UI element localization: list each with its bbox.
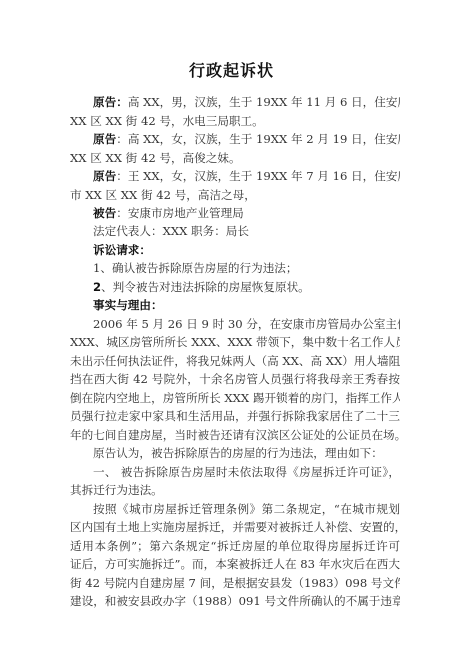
facts-line: 区内国有土地上实施房屋拆迁，并需要对被拆迁人补偿、安置的，: [70, 518, 400, 536]
plaintiff-2-line-2: XX 区 XX 街 42 号，高俊之妹。: [70, 149, 400, 167]
claim-number: 2: [93, 280, 101, 294]
plaintiff-2-line-1: 原告：高 XX，女，汉族，生于 19XX 年 2 月 19 日，住安康市: [93, 130, 400, 148]
facts-line: 按照《城市房屋拆迁管理条例》第二条规定，“在城市规划: [93, 500, 400, 518]
claim-text: 、确认被告拆除原告房屋的行为违法；: [100, 261, 297, 275]
plaintiff-1-line-2: XX 区 XX 街 42 号，水电三局职工。: [70, 112, 400, 130]
defendant-name: 安康市房地产业管理局: [128, 206, 244, 220]
claim-item-2: 2、判令被告对违法拆除的房屋恢复原状。: [93, 278, 400, 296]
plaintiff-1-line-1: 原告：高 XX，男，汉族，生于 19XX 年 11 月 6 日，住安康市: [93, 93, 400, 111]
label-separator: ：: [116, 132, 128, 146]
facts-line: 2006 年 5 月 26 日 9 时 30 分，在安康市房管局办公室主任: [93, 315, 400, 333]
document-page: 行政起诉状 原告：高 XX，男，汉族，生于 19XX 年 11 月 6 日，住安…: [0, 0, 463, 655]
facts-line: 未出示任何执法证件，将我兄妹两人（高 XX、高 XX）用人墙阻: [70, 352, 400, 370]
facts-line: 员强行拉走家中家具和生活用品，并强行拆除我家居住了二十三: [70, 407, 400, 425]
facts-line: 一、 被告拆除原告房屋时未依法取得《房屋拆迁许可证》，: [93, 463, 400, 481]
legal-representative: 法定代表人：XXX 职务：局长: [93, 222, 400, 240]
document-title: 行政起诉状: [0, 58, 463, 81]
label-separator: ：: [116, 169, 128, 183]
claims-heading: 诉讼请求：: [93, 241, 400, 259]
facts-line: 挡在西大街 42 号院外，十余名房管人员强行将我母亲王秀春按: [70, 370, 400, 388]
facts-line: 证后，方可实施拆迁”。而，本案被拆迁人在 83 年水灾后在西大: [70, 555, 400, 573]
label-separator: ：: [116, 206, 128, 220]
plaintiff-label: 原告: [93, 132, 116, 146]
plaintiff-info: 高 XX，男，汉族，生于 19XX 年 11 月 6 日，住安康市: [128, 95, 400, 109]
plaintiff-label: 原告: [93, 95, 116, 109]
facts-line: 年的七间自建房屋，当时被告还请有汉滨区公证处的公证员在场。: [70, 426, 400, 444]
claim-item-1: 1、确认被告拆除原告房屋的行为违法；: [93, 259, 400, 277]
plaintiff-info: 高 XX，女，汉族，生于 19XX 年 2 月 19 日，住安康市: [128, 132, 400, 146]
plaintiff-3-line-1: 原告：王 XX，女，汉族，生于 19XX 年 7 月 16 日，住安康: [93, 167, 400, 185]
facts-line: 街 42 号院内自建房屋 7 间，是根据安县发（1983）098 号文件: [70, 574, 400, 592]
defendant-line: 被告：安康市房地产业管理局: [93, 204, 400, 222]
plaintiff-label: 原告: [93, 169, 116, 183]
facts-line: 倒在院内空地上，房管所所长 XXX 踢开锁着的房门，指挥工作人: [70, 389, 400, 407]
facts-line: 原告认为，被告拆除原告的房屋的行为违法，理由如下：: [93, 444, 400, 462]
facts-line: 建设，和被安县政办字（1988）091 号文件所确认的不属于违章: [70, 592, 400, 610]
facts-line: 适用本条例”；第六条规定“拆迁房屋的单位取得房屋拆迁许可: [70, 537, 400, 555]
facts-line: XXX、城区房管所所长 XXX、XXX 带领下，集中数十名工作人员，: [70, 333, 400, 351]
claim-text: 、判令被告对违法拆除的房屋恢复原状。: [101, 280, 310, 294]
plaintiff-3-line-2: 市 XX 区 XX 街 42 号，高洁之母，: [70, 186, 400, 204]
facts-line: 其拆迁行为违法。: [70, 481, 400, 499]
facts-heading: 事实与理由：: [93, 296, 400, 314]
label-separator: ：: [116, 95, 128, 109]
defendant-label: 被告: [93, 206, 116, 220]
plaintiff-info: 王 XX，女，汉族，生于 19XX 年 7 月 16 日，住安康: [128, 169, 400, 183]
